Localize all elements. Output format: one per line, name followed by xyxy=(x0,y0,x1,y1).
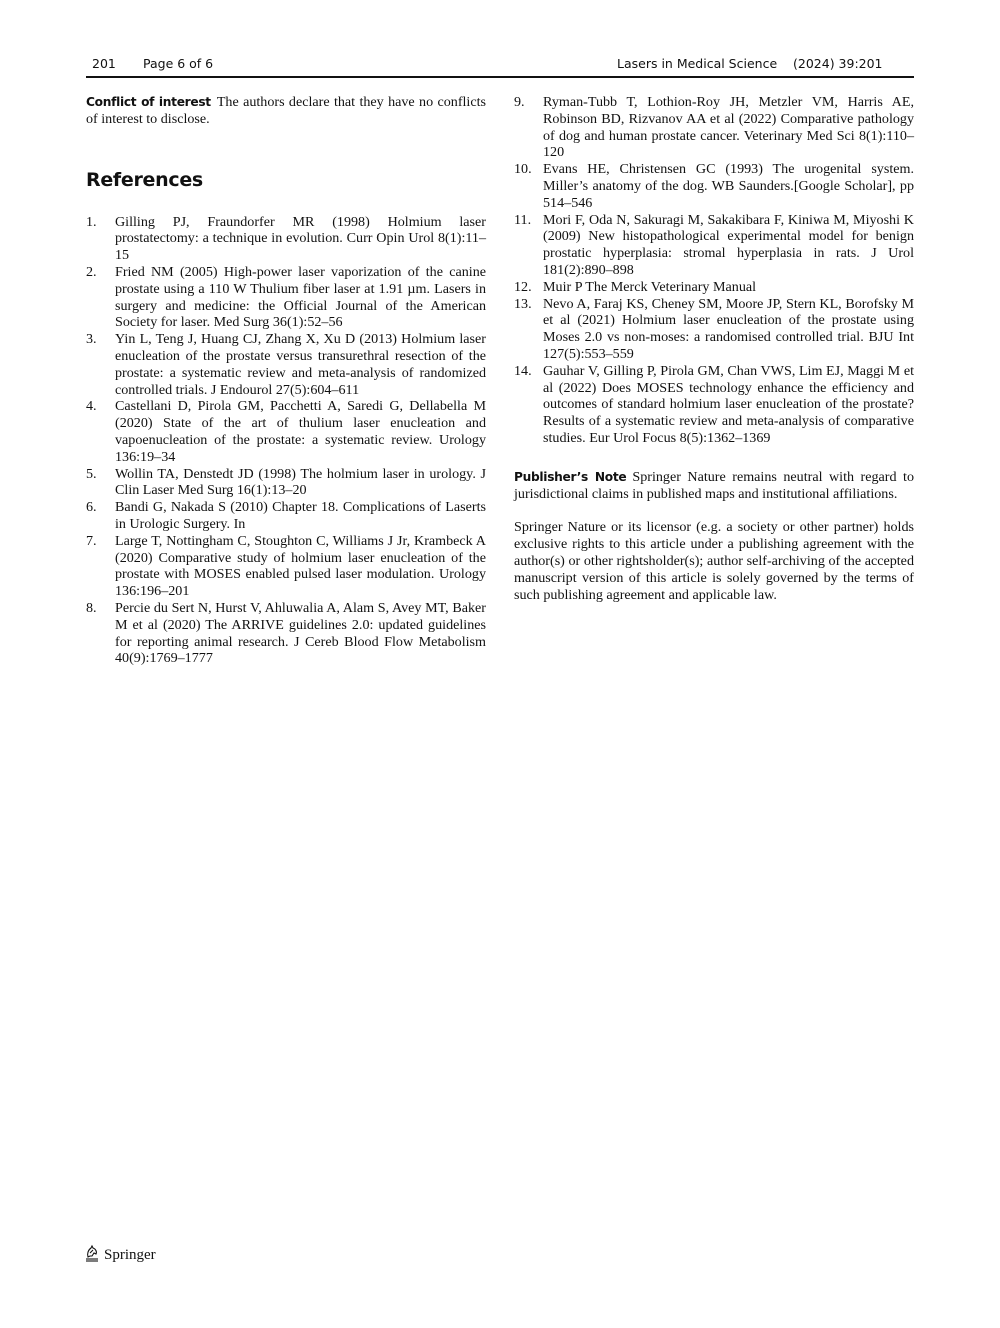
reference-item: 11.Mori F, Oda N, Sakuragi M, Sakakibara… xyxy=(514,212,914,279)
publishers-note-heading: Publisher’s Note xyxy=(514,470,626,484)
reference-number: 10. xyxy=(514,161,532,178)
left-column: Conflict of interestThe authors declare … xyxy=(86,94,486,667)
reference-list-left: 1.Gilling PJ, Fraundorfer MR (1998) Holm… xyxy=(86,214,486,668)
reference-item: 6.Bandi G, Nakada S (2010) Chapter 18. C… xyxy=(86,499,486,533)
reference-text: Nevo A, Faraj KS, Cheney SM, Moore JP, S… xyxy=(543,296,914,362)
reference-number: 7. xyxy=(86,533,97,550)
reference-number: 8. xyxy=(86,600,97,617)
reference-item: 13.Nevo A, Faraj KS, Cheney SM, Moore JP… xyxy=(514,296,914,363)
reference-item: 4.Castellani D, Pirola GM, Pacchetti A, … xyxy=(86,398,486,465)
reference-text: Muir P The Merck Veterinary Manual xyxy=(543,279,756,295)
conflict-of-interest: Conflict of interestThe authors declare … xyxy=(86,94,486,128)
reference-item: 14.Gauhar V, Gilling P, Pirola GM, Chan … xyxy=(514,363,914,447)
reference-item: 3.Yin L, Teng J, Huang CJ, Zhang X, Xu D… xyxy=(86,331,486,398)
reference-number: 4. xyxy=(86,398,97,415)
publisher-footer: Springer xyxy=(84,1244,156,1267)
journal-name: Lasers in Medical Science xyxy=(617,56,777,71)
reference-text: Percie du Sert N, Hurst V, Ahluwalia A, … xyxy=(115,600,486,666)
springer-horse-icon xyxy=(84,1244,100,1267)
conflict-heading: Conflict of interest xyxy=(86,95,211,109)
reference-item: 12.Muir P The Merck Veterinary Manual xyxy=(514,279,914,296)
reference-number: 6. xyxy=(86,499,97,516)
citation: (2024) 39:201 xyxy=(793,56,883,71)
publisher-name: Springer xyxy=(104,1247,156,1264)
reference-item: 9.Ryman-Tubb T, Lothion-Roy JH, Metzler … xyxy=(514,94,914,161)
reference-item: 8.Percie du Sert N, Hurst V, Ahluwalia A… xyxy=(86,600,486,667)
reference-text: Bandi G, Nakada S (2010) Chapter 18. Com… xyxy=(115,499,486,532)
reference-number: 11. xyxy=(514,212,531,229)
publishers-note: Publisher’s NoteSpringer Nature remains … xyxy=(514,469,914,503)
reference-item: 5.Wollin TA, Denstedt JD (1998) The holm… xyxy=(86,466,486,500)
reference-text: Fried NM (2005) High-power laser vaporiz… xyxy=(115,264,486,330)
references-title: References xyxy=(86,168,486,192)
reference-text: Wollin TA, Denstedt JD (1998) The holmiu… xyxy=(115,466,486,499)
reference-text: Castellani D, Pirola GM, Pacchetti A, Sa… xyxy=(115,398,486,464)
reference-item: 7.Large T, Nottingham C, Stoughton C, Wi… xyxy=(86,533,486,600)
reference-list-right: 9.Ryman-Tubb T, Lothion-Roy JH, Metzler … xyxy=(514,94,914,447)
reference-number: 14. xyxy=(514,363,532,380)
page-label: Page 6 of 6 xyxy=(143,56,213,71)
reference-text: Mori F, Oda N, Sakuragi M, Sakakibara F,… xyxy=(543,212,914,278)
article-number: 201 xyxy=(92,56,116,71)
reference-text: Yin L, Teng J, Huang CJ, Zhang X, Xu D (… xyxy=(115,331,486,397)
reference-number: 12. xyxy=(514,279,532,296)
reference-text: Ryman-Tubb T, Lothion-Roy JH, Metzler VM… xyxy=(543,94,914,160)
license-statement: Springer Nature or its licensor (e.g. a … xyxy=(514,519,914,603)
reference-number: 3. xyxy=(86,331,97,348)
reference-text: Gauhar V, Gilling P, Pirola GM, Chan VWS… xyxy=(543,363,914,446)
running-header: 201 Page 6 of 6 Lasers in Medical Scienc… xyxy=(86,54,914,78)
reference-text: Gilling PJ, Fraundorfer MR (1998) Holmiu… xyxy=(115,214,486,264)
reference-text: Evans HE, Christensen GC (1993) The urog… xyxy=(543,161,914,211)
reference-item: 1.Gilling PJ, Fraundorfer MR (1998) Holm… xyxy=(86,214,486,264)
reference-number: 5. xyxy=(86,466,97,483)
reference-item: 2.Fried NM (2005) High-power laser vapor… xyxy=(86,264,486,331)
right-column: 9.Ryman-Tubb T, Lothion-Roy JH, Metzler … xyxy=(514,94,914,603)
reference-number: 13. xyxy=(514,296,532,313)
reference-number: 2. xyxy=(86,264,97,281)
reference-number: 9. xyxy=(514,94,525,111)
reference-number: 1. xyxy=(86,214,97,231)
reference-text: Large T, Nottingham C, Stoughton C, Will… xyxy=(115,533,486,599)
reference-item: 10.Evans HE, Christensen GC (1993) The u… xyxy=(514,161,914,211)
